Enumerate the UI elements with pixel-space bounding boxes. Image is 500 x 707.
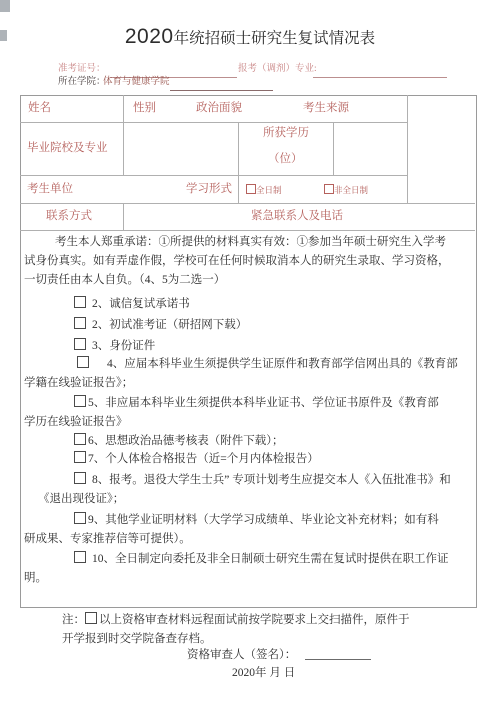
grid-line xyxy=(20,203,475,204)
college-label: 所在学院： xyxy=(58,77,106,89)
checkbox-icon xyxy=(74,451,86,463)
checklist-item-10-wrap: 明。 xyxy=(24,569,47,585)
candidate-source-label: 考生来源 xyxy=(303,101,349,115)
grid-line xyxy=(20,175,408,176)
checklist-item-8: 8、报考。退役大学生士兵” 专项计划考生应提交本人《入伍批准书》和 xyxy=(74,471,451,487)
checkbox-icon xyxy=(74,338,86,350)
auditor-signature-line xyxy=(305,659,371,660)
gender-label: 性别 xyxy=(133,101,156,115)
checklist-item-3: 3、身份证件 xyxy=(74,337,155,353)
checklist-item-1: 2、诚信复试承诺书 xyxy=(74,295,190,311)
grid-line xyxy=(20,230,475,231)
college-value: 体育与健康学院 xyxy=(103,77,170,89)
name-label: 姓名 xyxy=(28,101,51,115)
political-status-label: 政治面貌 xyxy=(196,101,242,115)
checklist-item-3-text: 3、身份证件 xyxy=(92,340,155,352)
fulltime-checkbox-icon xyxy=(246,184,256,194)
title-text: 年统招硕士研究生复试情况表 xyxy=(174,30,376,47)
checkbox-icon xyxy=(74,296,86,308)
checklist-item-5: 5、非应届本科毕业生须提供本科毕业证书、学位证书原件及《教育部 xyxy=(74,394,439,410)
auditor-signature-label: 资格审查人（签名）： xyxy=(187,646,296,662)
note-prefix: 注： xyxy=(62,614,85,626)
commitment-line-2: 试身份真实。如有弄虚作假，学校可在任何时候取消本人的研究生录取、学习资格， xyxy=(24,252,450,268)
contact-label: 联系方式 xyxy=(46,209,92,223)
grid-line xyxy=(333,122,334,175)
checklist-item-1-text: 2、诚信复试承诺书 xyxy=(92,298,190,310)
checkbox-icon xyxy=(74,472,86,484)
parttime-option: 非全日制 xyxy=(324,184,368,196)
checklist-item-4-text: 4、应届本科毕业生须提供学生证原件和教育部学信网出具的《教育部 xyxy=(107,358,458,370)
checkbox-icon xyxy=(74,512,86,524)
scan-artifact xyxy=(0,0,10,12)
fulltime-option: 全日制 xyxy=(246,184,282,196)
note-line-2: 开学报到时交学院备查存档。 xyxy=(62,630,212,646)
degree-label-line2: （位） xyxy=(268,152,303,166)
note-line-1-text: 以上资格审查材料远程面试前按学院要求上交扫描件，原件于 xyxy=(99,614,410,626)
grid-line xyxy=(123,95,124,175)
checklist-item-5-wrap: 学历在线验证报告》 xyxy=(24,413,128,429)
candidate-unit-label: 考生单位 xyxy=(27,182,73,196)
checklist-item-10: 10、全日制定向委托及非全日制硕士研究生需在复试时提供在职工作证 xyxy=(74,550,449,566)
checkbox-icon xyxy=(74,551,86,563)
emergency-contact-label: 紧急联系人及电话 xyxy=(251,209,343,223)
grid-line xyxy=(123,203,124,230)
scanned-form-page: 2020年统招硕士研究生复试情况表 准考证号： 报考（调剂）专业: 所在学院： … xyxy=(0,0,500,707)
fulltime-option-label: 全日制 xyxy=(256,185,282,195)
checklist-item-5-text: 5、非应届本科毕业生须提供本科毕业证书、学位证书原件及《教育部 xyxy=(88,397,439,409)
checklist-item-7: 7、个人体检合格报告（近=个月内体检报告） xyxy=(74,450,319,466)
note-line-1: 注：以上资格审查材料远程面试前按学院要求上交扫描件，原件于 xyxy=(62,611,410,627)
commitment-line-1: 考生本人郑重承诺：①所提供的材料真实有效：①参加当年硕士研究生入学考 xyxy=(55,233,446,249)
degree-label-line1: 所获学历 xyxy=(263,126,309,140)
checkbox-icon xyxy=(85,612,97,624)
page-title: 2020年统招硕士研究生复试情况表 xyxy=(0,24,500,50)
checkbox-icon xyxy=(74,317,86,329)
checklist-item-8-text: 8、报考。退役大学生士兵” 专项计划考生应提交本人《入伍批准书》和 xyxy=(92,474,451,486)
checklist-item-9-wrap: 研成果、专家推荐信等可提供）。 xyxy=(24,530,191,546)
checkbox-icon xyxy=(77,356,89,368)
apply-major-label: 报考（调剂）专业: xyxy=(238,64,317,76)
checklist-item-2: 2、初试准考证（研招网下载） xyxy=(74,316,247,332)
checklist-item-7-text: 7、个人体检合格报告（近=个月内体检报告） xyxy=(88,453,319,465)
grid-line xyxy=(238,122,239,203)
checklist-item-9: 9、其他学业证明材料（大学学习成绩单、毕业论文补充材料；如有科 xyxy=(74,511,439,527)
commitment-line-3: 一切责任由本人自负。（4、5为二选一） xyxy=(24,271,225,287)
checklist-item-2-text: 2、初试准考证（研招网下载） xyxy=(92,319,247,331)
checklist-item-10-text: 10、全日制定向委托及非全日制硕士研究生需在复试时提供在职工作证 xyxy=(92,553,449,565)
school-major-label: 毕业院校及专业 xyxy=(27,141,108,155)
grid-line xyxy=(407,95,408,203)
checklist-item-4: 4、应届本科毕业生须提供学生证原件和教育部学信网出具的《教育部 xyxy=(77,355,458,371)
checklist-item-8-wrap: 《退出现役证》； xyxy=(38,490,124,506)
date-line: 2020年 月 日 xyxy=(232,664,295,680)
title-year: 2020 xyxy=(125,25,174,48)
checkbox-icon xyxy=(74,433,86,445)
checkbox-icon xyxy=(74,395,86,407)
apply-major-blank-line xyxy=(313,77,447,78)
checklist-item-9-text: 9、其他学业证明材料（大学学习成绩单、毕业论文补充材料；如有科 xyxy=(88,514,439,526)
college-blank-line xyxy=(170,90,273,91)
study-form-label: 学习形式 xyxy=(186,182,232,196)
grid-line xyxy=(20,122,408,123)
checklist-item-4-wrap: 学籍在线验证报告》； xyxy=(24,374,133,390)
checklist-item-6: 6、思想政治品德考核表（附件下载）； xyxy=(74,432,284,448)
parttime-checkbox-icon xyxy=(324,184,334,194)
exam-no-label: 准考证号： xyxy=(58,64,106,76)
checklist-item-6-text: 6、思想政治品德考核表（附件下载）； xyxy=(88,435,284,447)
parttime-option-label: 非全日制 xyxy=(334,185,368,195)
